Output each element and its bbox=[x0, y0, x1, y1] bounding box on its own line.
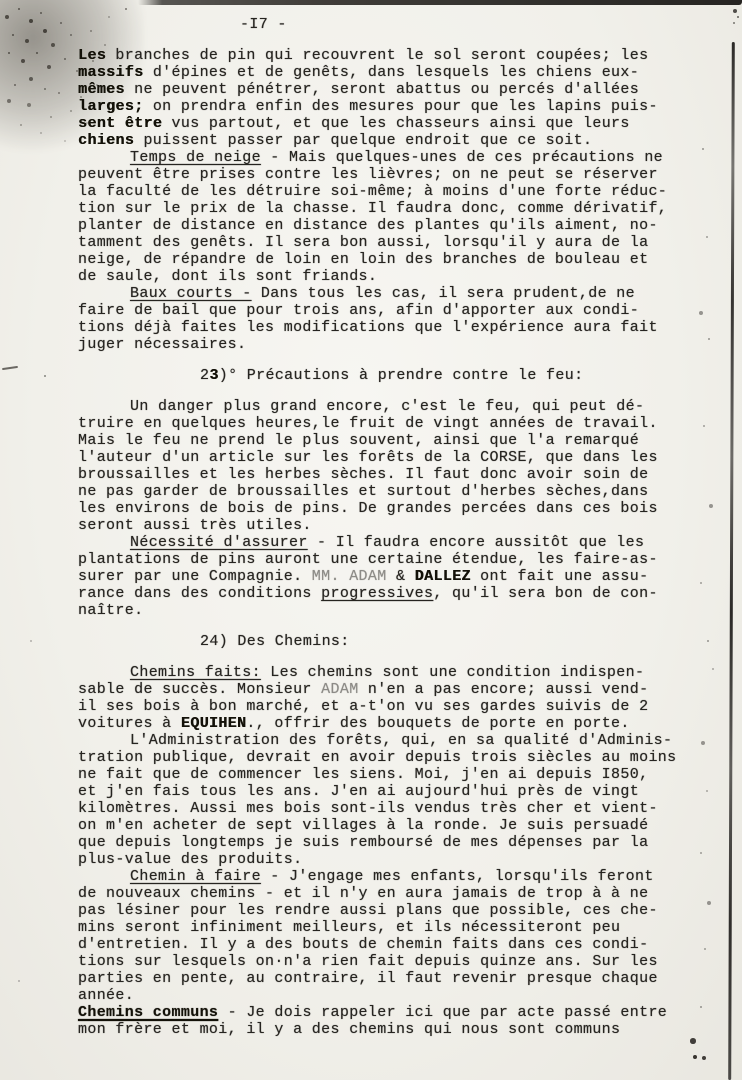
text-line: larges; on prendra enfin des mesures pou… bbox=[78, 98, 718, 115]
text-line: surer par une Compagnie. MM. ADAM & DALL… bbox=[78, 568, 718, 585]
text-segment: Dans tous les cas, il sera prudent,de ne bbox=[252, 285, 635, 302]
text-segment: ne fait que de commencer les siens. Moi,… bbox=[78, 766, 648, 783]
text-line: parties en pente, au contraire, il faut … bbox=[78, 970, 718, 987]
text-segment: mon frère et moi, il y a des chemins qui… bbox=[78, 1021, 620, 1038]
scanned-document-page: { "document": { "page_number": "-I7 -", … bbox=[0, 0, 742, 1080]
underlined-text: Temps de neige bbox=[130, 149, 261, 166]
text-line: plus-value des produits. bbox=[78, 851, 718, 868]
text-segment: -I7 - bbox=[240, 16, 287, 33]
text-segment: 2 bbox=[200, 367, 209, 384]
text-segment: on prendra enfin des mesures pour que le… bbox=[143, 98, 657, 115]
text-line: Chemin à faire - J'engage mes enfants, l… bbox=[78, 868, 718, 885]
text-line: Un danger plus grand encore, c'est le fe… bbox=[78, 398, 718, 415]
text-segment: tions déjà faites les modifications que … bbox=[78, 319, 658, 336]
text-segment: plantations de pins auront une certaine … bbox=[78, 551, 658, 568]
text-line: mins seront infiniment meilleurs, et ils… bbox=[78, 919, 718, 936]
text-segment: Un danger plus grand encore, c'est le fe… bbox=[130, 398, 644, 415]
text-segment: tration publique, devrait en avoir depui… bbox=[78, 749, 677, 766]
text-line: les environs de bois de pins. De grandes… bbox=[78, 500, 718, 517]
text-segment: - Je dois rappeler ici que par acte pass… bbox=[218, 1004, 667, 1021]
text-line: il ses bois à bon marché, et a-t'on vu s… bbox=[78, 698, 718, 715]
text-segment: mins seront infiniment meilleurs, et ils… bbox=[78, 919, 620, 936]
text-segment: pas lésiner pour les rendre aussi plans … bbox=[78, 902, 658, 919]
text-line: année. bbox=[78, 987, 718, 1004]
text-line: rance dans des conditions progressives, … bbox=[78, 585, 718, 602]
text-segment: kilomètres. Aussi mes bois sont-ils vend… bbox=[78, 800, 658, 817]
scan-top-edge-band bbox=[138, 0, 742, 5]
text-line: mêmes ne peuvent pénétrer, seront abattu… bbox=[78, 81, 718, 98]
text-segment: les environs de bois de pins. De grandes… bbox=[78, 500, 658, 517]
bold-text: 3 bbox=[209, 367, 218, 384]
text-segment: tamment des genêts. Il sera bon aussi, l… bbox=[78, 234, 648, 251]
text-line: seront aussi très utiles. bbox=[78, 517, 718, 534]
text-segment: tion sur le prix de la chasse. Il faudra… bbox=[78, 200, 667, 217]
text-segment: - Mais quelques-unes de ces précautions … bbox=[261, 149, 663, 166]
document-text: -I7 -Les branches de pin qui recouvrent … bbox=[78, 16, 718, 1038]
underlined-text: Nécessité d'assurer bbox=[130, 534, 308, 551]
text-segment: Mais le feu ne prend le plus souvent, ai… bbox=[78, 432, 639, 449]
text-segment: - Il faudra encore aussitôt que les bbox=[308, 534, 645, 551]
faded-text: ADAM bbox=[321, 681, 358, 698]
text-line: truire en quelques heures,le fruit de vi… bbox=[78, 415, 718, 432]
text-line: et j'en fais tous les ans. J'en ai aujou… bbox=[78, 783, 718, 800]
text-segment: plus-value des produits. bbox=[78, 851, 302, 868]
text-segment: vus partout, et que les chasseurs ainsi … bbox=[162, 115, 630, 132]
text-segment: planter de distance en distance des plan… bbox=[78, 217, 658, 234]
text-segment: broussailles et les herbes sèches. Il fa… bbox=[78, 466, 648, 483]
text-segment: la faculté de les détruire soi-même; à m… bbox=[78, 183, 667, 200]
underlined-text: Chemins faits: bbox=[130, 664, 261, 681]
text-segment: année. bbox=[78, 987, 134, 1004]
text-segment: 24) Des Chemins: bbox=[200, 633, 350, 650]
text-line: sable de succès. Monsieur ADAM n'en a pa… bbox=[78, 681, 718, 698]
text-line: Mais le feu ne prend le plus souvent, ai… bbox=[78, 432, 718, 449]
text-line: la faculté de les détruire soi-même; à m… bbox=[78, 183, 718, 200]
text-line: tions déjà faites les modifications que … bbox=[78, 319, 718, 336]
text-segment: , qu'il sera bon de con- bbox=[433, 585, 657, 602]
text-line: planter de distance en distance des plan… bbox=[78, 217, 718, 234]
text-segment: - J'engage mes enfants, lorsqu'ils feron… bbox=[261, 868, 654, 885]
text-segment: Les chemins sont une condition indispen- bbox=[261, 664, 644, 681]
text-line: ne fait que de commencer les siens. Moi,… bbox=[78, 766, 718, 783]
text-segment: d'entretien. Il y a des bouts de chemin … bbox=[78, 936, 648, 953]
text-line: Temps de neige - Mais quelques-unes de c… bbox=[78, 149, 718, 166]
text-line: l'auteur d'un article sur les forêts de … bbox=[78, 449, 718, 466]
bold-text: DALLEZ bbox=[415, 568, 471, 585]
page-number: -I7 - bbox=[78, 16, 718, 33]
text-segment: seront aussi très utiles. bbox=[78, 517, 312, 534]
text-segment: & bbox=[387, 568, 415, 585]
scan-right-edge-line bbox=[728, 42, 735, 1080]
bold-text: EQUIHEN bbox=[181, 715, 246, 732]
text-line: de saule, dont ils sont friands. bbox=[78, 268, 718, 285]
text-segment: sable de succès. Monsieur bbox=[78, 681, 321, 698]
underlined-text: Chemin à faire bbox=[130, 868, 261, 885]
text-segment: naître. bbox=[78, 602, 143, 619]
text-segment: juger nécessaires. bbox=[78, 336, 246, 353]
faded-text: MM. ADAM bbox=[312, 568, 387, 585]
text-line: mon frère et moi, il y a des chemins qui… bbox=[78, 1021, 718, 1038]
text-segment: ., offrir des bouquets de porte en porte… bbox=[246, 715, 629, 732]
text-line: ne pas garder de broussailles et surtout… bbox=[78, 483, 718, 500]
text-line: Chemins faits: Les chemins sont une cond… bbox=[78, 664, 718, 681]
text-line: tration publique, devrait en avoir depui… bbox=[78, 749, 718, 766]
text-line: peuvent être prises contre les lièvres; … bbox=[78, 166, 718, 183]
text-segment: de nouveaux chemins - et il n'y en aura … bbox=[78, 885, 648, 902]
text-line: on m'en acheter de sept villages à la ro… bbox=[78, 817, 718, 834]
scan-speckles bbox=[0, 0, 2, 2]
text-segment: truire en quelques heures,le fruit de vi… bbox=[78, 415, 658, 432]
section-heading-chemins: 24) Des Chemins: bbox=[78, 633, 718, 650]
text-segment: faire de bail que pour trois ans, afin d… bbox=[78, 302, 639, 319]
text-line: massifs d'épines et de genêts, dans lesq… bbox=[78, 64, 718, 81]
text-line: kilomètres. Aussi mes bois sont-ils vend… bbox=[78, 800, 718, 817]
underlined-text: progressives bbox=[321, 585, 433, 602]
scan-left-margin-mark bbox=[2, 366, 18, 370]
text-segment: n'en a pas encore; aussi vend- bbox=[359, 681, 649, 698]
text-segment: neige, de répandre de loin en loin des b… bbox=[78, 251, 648, 268]
text-segment: voitures à bbox=[78, 715, 181, 732]
text-line: juger nécessaires. bbox=[78, 336, 718, 353]
text-segment: et j'en fais tous les ans. J'en ai aujou… bbox=[78, 783, 639, 800]
text-line: pas lésiner pour les rendre aussi plans … bbox=[78, 902, 718, 919]
text-segment: l'auteur d'un article sur les forêts de … bbox=[78, 449, 658, 466]
section-heading-fire: 23)° Précautions à prendre contre le feu… bbox=[78, 367, 718, 384]
text-line: de nouveaux chemins - et il n'y en aura … bbox=[78, 885, 718, 902]
bold-text: Les bbox=[78, 47, 106, 64]
bold-text: sent être bbox=[78, 115, 162, 132]
text-segment: ne peuvent pénétrer, seront abattus ou p… bbox=[125, 81, 639, 98]
text-line: voitures à EQUIHEN., offrir des bouquets… bbox=[78, 715, 718, 732]
text-line: faire de bail que pour trois ans, afin d… bbox=[78, 302, 718, 319]
text-segment: parties en pente, au contraire, il faut … bbox=[78, 970, 658, 987]
text-segment: )° Précautions à prendre contre le feu: bbox=[219, 367, 584, 384]
text-line: tamment des genêts. Il sera bon aussi, l… bbox=[78, 234, 718, 251]
text-line: naître. bbox=[78, 602, 718, 619]
scan-margin-specks bbox=[0, 0, 2, 2]
text-segment: ne pas garder de broussailles et surtout… bbox=[78, 483, 648, 500]
underlined-text: Baux courts - bbox=[130, 285, 252, 302]
text-line: tion sur le prix de la chasse. Il faudra… bbox=[78, 200, 718, 217]
text-line: tions sur lesquels on·n'a rien fait depu… bbox=[78, 953, 718, 970]
text-line: Nécessité d'assurer - Il faudra encore a… bbox=[78, 534, 718, 551]
text-line: Baux courts - Dans tous les cas, il sera… bbox=[78, 285, 718, 302]
bold-text: chiens bbox=[78, 132, 134, 149]
text-segment: on m'en acheter de sept villages à la ro… bbox=[78, 817, 648, 834]
text-segment: puissent passer par quelque endroit que … bbox=[134, 132, 592, 149]
text-segment: L'Administration des forêts, qui, en sa … bbox=[130, 732, 672, 749]
bold-text: mêmes bbox=[78, 81, 125, 98]
text-line: d'entretien. Il y a des bouts de chemin … bbox=[78, 936, 718, 953]
text-segment: il ses bois à bon marché, et a-t'on vu s… bbox=[78, 698, 648, 715]
text-line: Chemins communs - Je dois rappeler ici q… bbox=[78, 1004, 718, 1021]
text-segment: surer par une Compagnie. bbox=[78, 568, 312, 585]
bold-underlined-text: Chemins communs bbox=[78, 1004, 218, 1021]
text-line: L'Administration des forêts, qui, en sa … bbox=[78, 732, 718, 749]
text-segment: que depuis longtemps je suis remboursé d… bbox=[78, 834, 648, 851]
text-line: broussailles et les herbes sèches. Il fa… bbox=[78, 466, 718, 483]
bold-text: larges; bbox=[78, 98, 143, 115]
bold-text: massifs bbox=[78, 64, 143, 81]
text-line: plantations de pins auront une certaine … bbox=[78, 551, 718, 568]
text-segment: peuvent être prises contre les lièvres; … bbox=[78, 166, 658, 183]
text-line: neige, de répandre de loin en loin des b… bbox=[78, 251, 718, 268]
text-segment: tions sur lesquels on·n'a rien fait depu… bbox=[78, 953, 658, 970]
text-segment: ont fait une assu- bbox=[471, 568, 649, 585]
text-line: que depuis longtemps je suis remboursé d… bbox=[78, 834, 718, 851]
text-line: chiens puissent passer par quelque endro… bbox=[78, 132, 718, 149]
text-segment: branches de pin qui recouvrent le sol se… bbox=[106, 47, 648, 64]
text-segment: d'épines et de genêts, dans lesquels les… bbox=[143, 64, 639, 81]
text-segment: de saule, dont ils sont friands. bbox=[78, 268, 377, 285]
text-segment: rance dans des conditions bbox=[78, 585, 321, 602]
text-line: Les branches de pin qui recouvrent le so… bbox=[78, 47, 718, 64]
text-line: sent être vus partout, et que les chasse… bbox=[78, 115, 718, 132]
